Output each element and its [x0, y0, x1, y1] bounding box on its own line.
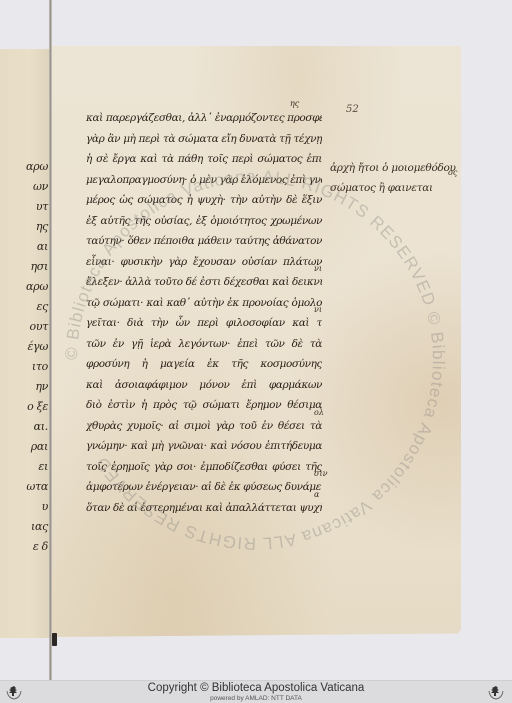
manuscript-line: μεγαλοπραγμοσύνη· ὁ μὲν γὰρ ἑλόμενος ἐπὶ…: [86, 170, 322, 191]
manuscript-line: εἶναι· φυσικὴν γὰρ ἔχουσαν οὐσίαν πλάτων: [86, 252, 322, 273]
left-page-line-fragment: έγω: [0, 337, 50, 357]
left-page-line-fragment: ην: [0, 377, 50, 397]
manuscript-line: γὰρ ἂν μὴ περὶ τὰ σώματα εἴη δυνατὰ τῇ τ…: [86, 129, 322, 150]
left-page-line-fragment: υ: [0, 497, 50, 517]
left-page-line-fragment: ιας: [0, 517, 50, 537]
manuscript-line: τῶν ἐν γῇ ἱερὰ λεγόντων· ἐπεὶ τῶν δὲ τὰ: [86, 334, 322, 355]
folio-number: 52: [346, 104, 359, 115]
margin-note-line: ἀρχὴ ἤτοι ὁ μοιομεθόδου: [330, 158, 460, 178]
image-viewer[interactable]: αρωωνυτηςαιησιαρωεςουτέγωιτοηνο ξεαι.ραι…: [0, 0, 512, 680]
manuscript-line: μέρος ὡς σώματος ἡ ψυχὴ· τὴν αὐτὴν δὲ ἕξ…: [86, 190, 322, 211]
spine-tab: [52, 633, 57, 646]
line-superscript: ολ: [314, 408, 324, 417]
margin-note-superscript: ος: [448, 168, 457, 177]
left-page-line-fragment: υτ: [0, 197, 50, 217]
marginal-note: ἀρχὴ ἤτοι ὁ μοιομεθόδου σώματος ἢ φαινετ…: [330, 158, 460, 198]
left-page-line-fragment: ει: [0, 457, 50, 477]
footer-bar: Copyright © Biblioteca Apostolica Vatica…: [0, 680, 512, 703]
margin-note-line: σώματος ἢ φαινεται: [330, 178, 460, 198]
line-superscript: σιν: [314, 469, 327, 478]
left-page-line-fragment: ε δ: [0, 537, 50, 557]
copyright-text: Copyright © Biblioteca Apostolica Vatica…: [0, 682, 512, 695]
manuscript-text-block: καὶ παρεργάζεσθαι, ἀλλ᾽ ἐναρμόζοντες προ…: [86, 108, 322, 518]
line-superscript: νι: [314, 264, 322, 273]
left-page-line-fragment: ησι: [0, 257, 50, 277]
manuscript-line: καὶ παρεργάζεσθαι, ἀλλ᾽ ἐναρμόζοντες προ…: [86, 108, 322, 129]
manuscript-line: γνώμην· καὶ μὴ γνῶναι· καὶ νόσου ἐπιτήδε…: [86, 436, 322, 457]
manuscript-line: τῷ σώματι· καὶ καθ᾽ αὐτὴν ἐκ προνοίας ὁμ…: [86, 293, 322, 314]
book-spine: [49, 0, 52, 680]
manuscript-line: τοῖς ἐρημοῖς γὰρ σοι· ἐμποδίζεσθαι φύσει…: [86, 457, 322, 478]
line-superscript: ης: [290, 99, 299, 108]
manuscript-line: φροσύνη ἡ μαγεία ἐκ τῆς κοσμοσύνης: [86, 354, 322, 375]
left-page-line-fragment: αι: [0, 237, 50, 257]
left-page-line-fragment: ουτ: [0, 317, 50, 337]
manuscript-line: ἔλεξεν· ἀλλὰ τοῦτο δέ ἐστι δέχεσθαι καὶ …: [86, 272, 322, 293]
left-page-line-fragment: αρω: [0, 277, 50, 297]
powered-by-text: powered by AMLAD: NTT DATA: [0, 695, 512, 703]
left-page-line-fragment: ωτα: [0, 477, 50, 497]
vatican-library-logo-icon: [486, 682, 506, 702]
left-page-line-fragment: ες: [0, 297, 50, 317]
left-page-line-fragment: αρω: [0, 157, 50, 177]
left-page-text: αρωωνυτηςαιησιαρωεςουτέγωιτοηνο ξεαι.ραι…: [0, 157, 50, 557]
manuscript-line: γεῖται· διὰ τὴν ὧν περὶ φιλοσοφίαν καὶ τ: [86, 313, 322, 334]
left-page-line-fragment: ων: [0, 177, 50, 197]
left-page: αρωωνυτηςαιησιαρωεςουτέγωιτοηνο ξεαι.ραι…: [0, 49, 51, 638]
manuscript-line: ταύτην· ὅθεν πέποιθα μάθειν ταύτης ἀθάνα…: [86, 231, 322, 252]
manuscript-line: καὶ ἀσοιαφάφιμον μόνον ἐπὶ φαρμάκων: [86, 375, 322, 396]
left-page-line-fragment: ραι: [0, 437, 50, 457]
left-page-line-fragment: ιτο: [0, 357, 50, 377]
left-page-line-fragment: ης: [0, 217, 50, 237]
manuscript-line: ἀμφοτέρων ἐνέργειαν· αἱ δὲ ἐκ φύσεως δυν…: [86, 477, 322, 498]
line-superscript: νι: [314, 305, 322, 314]
manuscript-line: διὸ ἐστὶν ἡ πρὸς τῷ σώματι ἔρημον θέσιμα: [86, 395, 322, 416]
manuscript-line: ὅταν δὲ αἱ ἐστερημέναι καὶ ἀπαλλάττεται …: [86, 498, 322, 519]
manuscript-line: χθυρὰς χυμοῖς· αἱ σιμοὶ γὰρ τοῦ ἐν θέσει…: [86, 416, 322, 437]
line-superscript: α: [314, 490, 319, 499]
manuscript-line: ἡ σὲ ἔργα καὶ τὰ πάθη τοῖς περὶ σώματος …: [86, 149, 322, 170]
manuscript-line: ἐξ αὐτῆς τῆς οὐσίας, ἐξ ὁμοιότητος χρωμέ…: [86, 211, 322, 232]
left-page-line-fragment: αι.: [0, 417, 50, 437]
left-page-line-fragment: ο ξε: [0, 397, 50, 417]
